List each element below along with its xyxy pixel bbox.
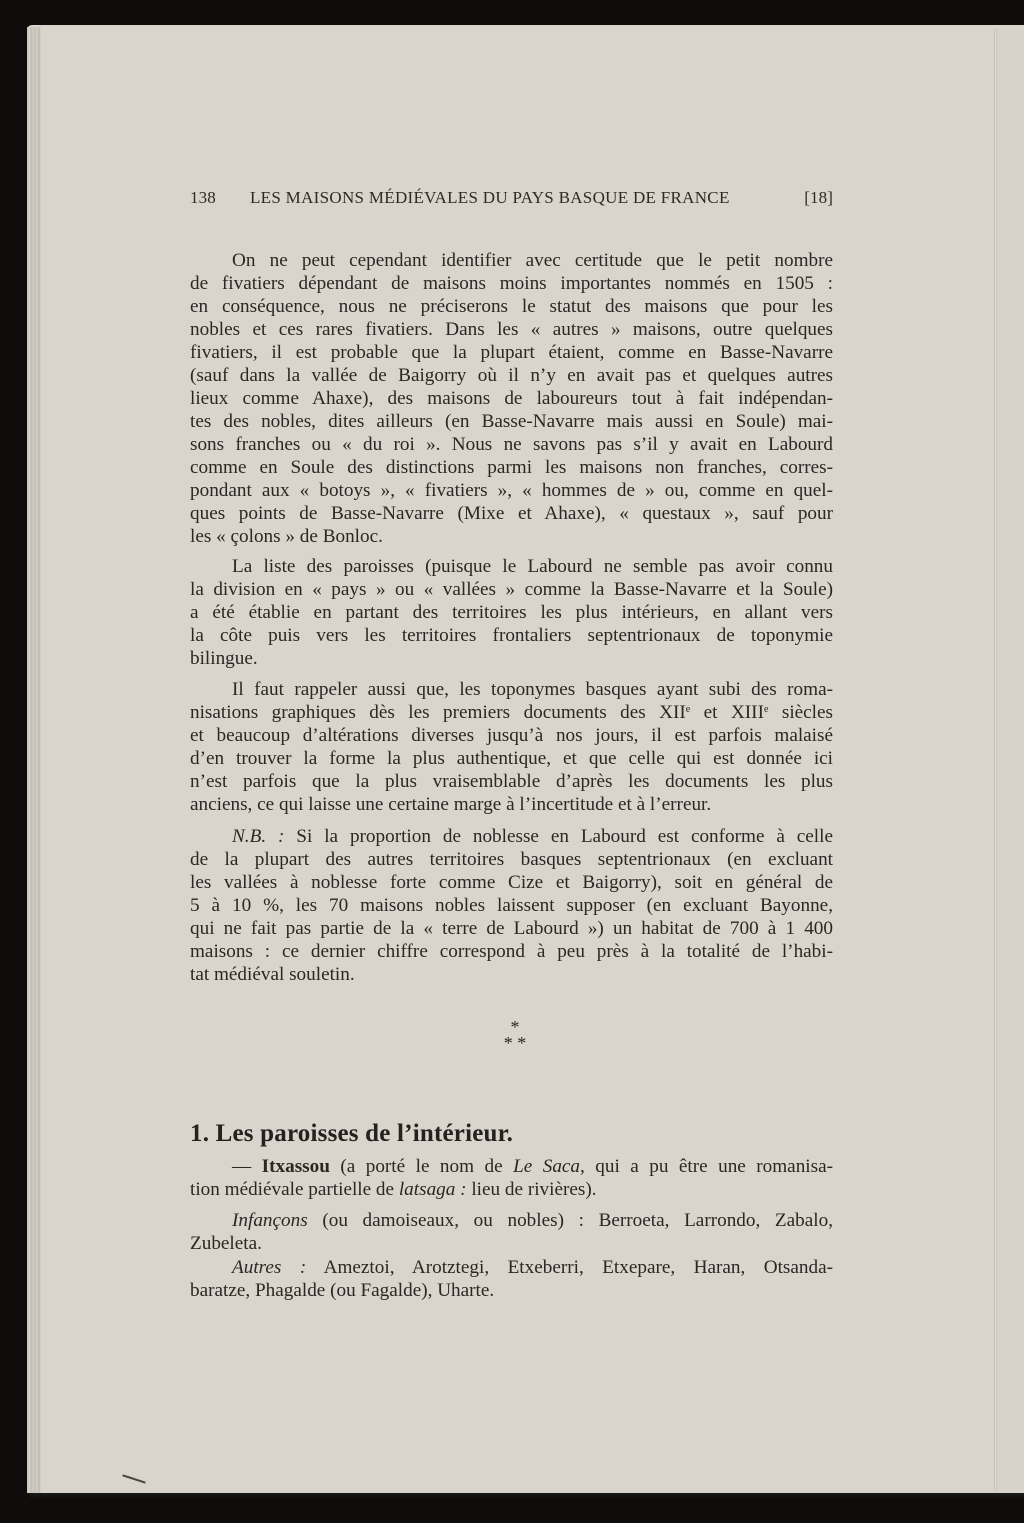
page-shadow <box>30 1493 1024 1499</box>
text-span: Si la proportion de noblesse en Labourd … <box>284 826 833 847</box>
text-line: — Itxassou (a porté le nom de Le Saca, q… <box>232 1155 833 1178</box>
text-span: et XIII <box>690 702 764 723</box>
text-line: sons franches ou « du roi ». Nous ne sav… <box>190 433 833 456</box>
text-line: de fivatiers dépendant de maisons moins … <box>190 272 833 295</box>
autres-label: Autres : <box>232 1257 306 1278</box>
asterism-bottom: * * <box>490 1036 540 1050</box>
text-line: tion médiévale partielle de latsaga : li… <box>190 1178 833 1201</box>
text-line: en conséquence, nous ne préciserons le s… <box>190 295 833 318</box>
text-line: tes des nobles, dites ailleurs (en Basse… <box>190 410 833 433</box>
text-line: 5 à 10 %, les 70 maisons nobles laissent… <box>190 894 833 917</box>
text-line: nobles et ces rares fivatiers. Dans les … <box>190 318 833 341</box>
text-span: nisations graphiques dès les premiers do… <box>190 702 686 723</box>
text-line: Infançons (ou damoiseaux, ou nobles) : B… <box>232 1209 833 1232</box>
page-number: 138 <box>190 188 216 208</box>
text-span: (ou damoiseaux, ou nobles) : Berroeta, L… <box>308 1210 833 1231</box>
facing-page-edge <box>997 30 1024 1493</box>
text-line: les vallées à noblesse forte comme Cize … <box>190 871 833 894</box>
text-line: baratze, Phagalde (ou Fagalde), Uharte. <box>190 1279 833 1302</box>
text-line: et beaucoup d’altérations diverses jusqu… <box>190 724 833 747</box>
text-line: Il faut rappeler aussi que, les toponyme… <box>232 678 833 701</box>
text-line: anciens, ce qui laisse une certaine marg… <box>190 793 833 816</box>
text-line: Autres : Ameztoi, Arotztegi, Etxeberri, … <box>232 1256 833 1279</box>
text-line: On ne peut cependant identifier avec cer… <box>232 249 833 272</box>
running-head: 138 LES MAISONS MÉDIÉVALES DU PAYS BASQU… <box>190 188 833 212</box>
text-line: les « çolons » de Bonloc. <box>190 525 833 548</box>
italic-span: latsaga : <box>399 1179 467 1200</box>
text-line: pondant aux « botoys », « fivatiers », «… <box>190 479 833 502</box>
text-line: La liste des paroisses (puisque le Labou… <box>232 555 833 578</box>
asterism-top: * <box>490 1020 540 1034</box>
em-dash: — <box>232 1156 262 1177</box>
text-line: Zubeleta. <box>190 1232 833 1255</box>
text-line: a été établie en partant des territoires… <box>190 601 833 624</box>
text-line: maisons : ce dernier chiffre correspond … <box>190 940 833 963</box>
parish-name: Itxassou <box>262 1156 330 1177</box>
text-line: tat médiéval souletin. <box>190 963 833 986</box>
text-line: n’est parfois que la plus vraisemblable … <box>190 770 833 793</box>
section-heading: 1. Les paroisses de l’intérieur. <box>190 1120 513 1148</box>
text-line: (sauf dans la vallée de Baigorry où il n… <box>190 364 833 387</box>
text-span: tion médiévale partielle de <box>190 1179 399 1200</box>
text-span: Ameztoi, Arotztegi, Etxeberri, Etxepare,… <box>306 1257 833 1278</box>
infancons-label: Infançons <box>232 1210 308 1231</box>
nb-label: N.B. : <box>232 826 284 847</box>
text-line: bilingue. <box>190 647 833 670</box>
italic-span: Le Saca, <box>513 1156 585 1177</box>
page-stack-edges <box>27 27 41 1493</box>
text-line: ques points de Basse-Navarre (Mixe et Ah… <box>190 502 833 525</box>
text-line: lieux comme Ahaxe), des maisons de labou… <box>190 387 833 410</box>
text-line: d’en trouver la forme la plus authentiqu… <box>190 747 833 770</box>
text-line: N.B. : Si la proportion de noblesse en L… <box>232 825 833 848</box>
text-line: de la plupart des autres territoires bas… <box>190 848 833 871</box>
text-line: nisations graphiques dès les premiers do… <box>190 701 833 724</box>
text-span: lieu de rivières). <box>467 1179 597 1200</box>
text-line: fivatiers, il est probable que la plupar… <box>190 341 833 364</box>
text-line: qui ne fait pas partie de la « terre de … <box>190 917 833 940</box>
text-span: qui a pu être une romanisa- <box>585 1156 833 1177</box>
text-line: comme en Soule des distinctions parmi le… <box>190 456 833 479</box>
text-line: la côte puis vers les territoires fronta… <box>190 624 833 647</box>
running-title: LES MAISONS MÉDIÉVALES DU PAYS BASQUE DE… <box>250 188 730 208</box>
text-span: (a porté le nom de <box>330 1156 513 1177</box>
text-line: la division en « pays » ou « vallées » c… <box>190 578 833 601</box>
section-reference: [18] <box>804 188 833 208</box>
text-span: siècles <box>768 702 833 723</box>
